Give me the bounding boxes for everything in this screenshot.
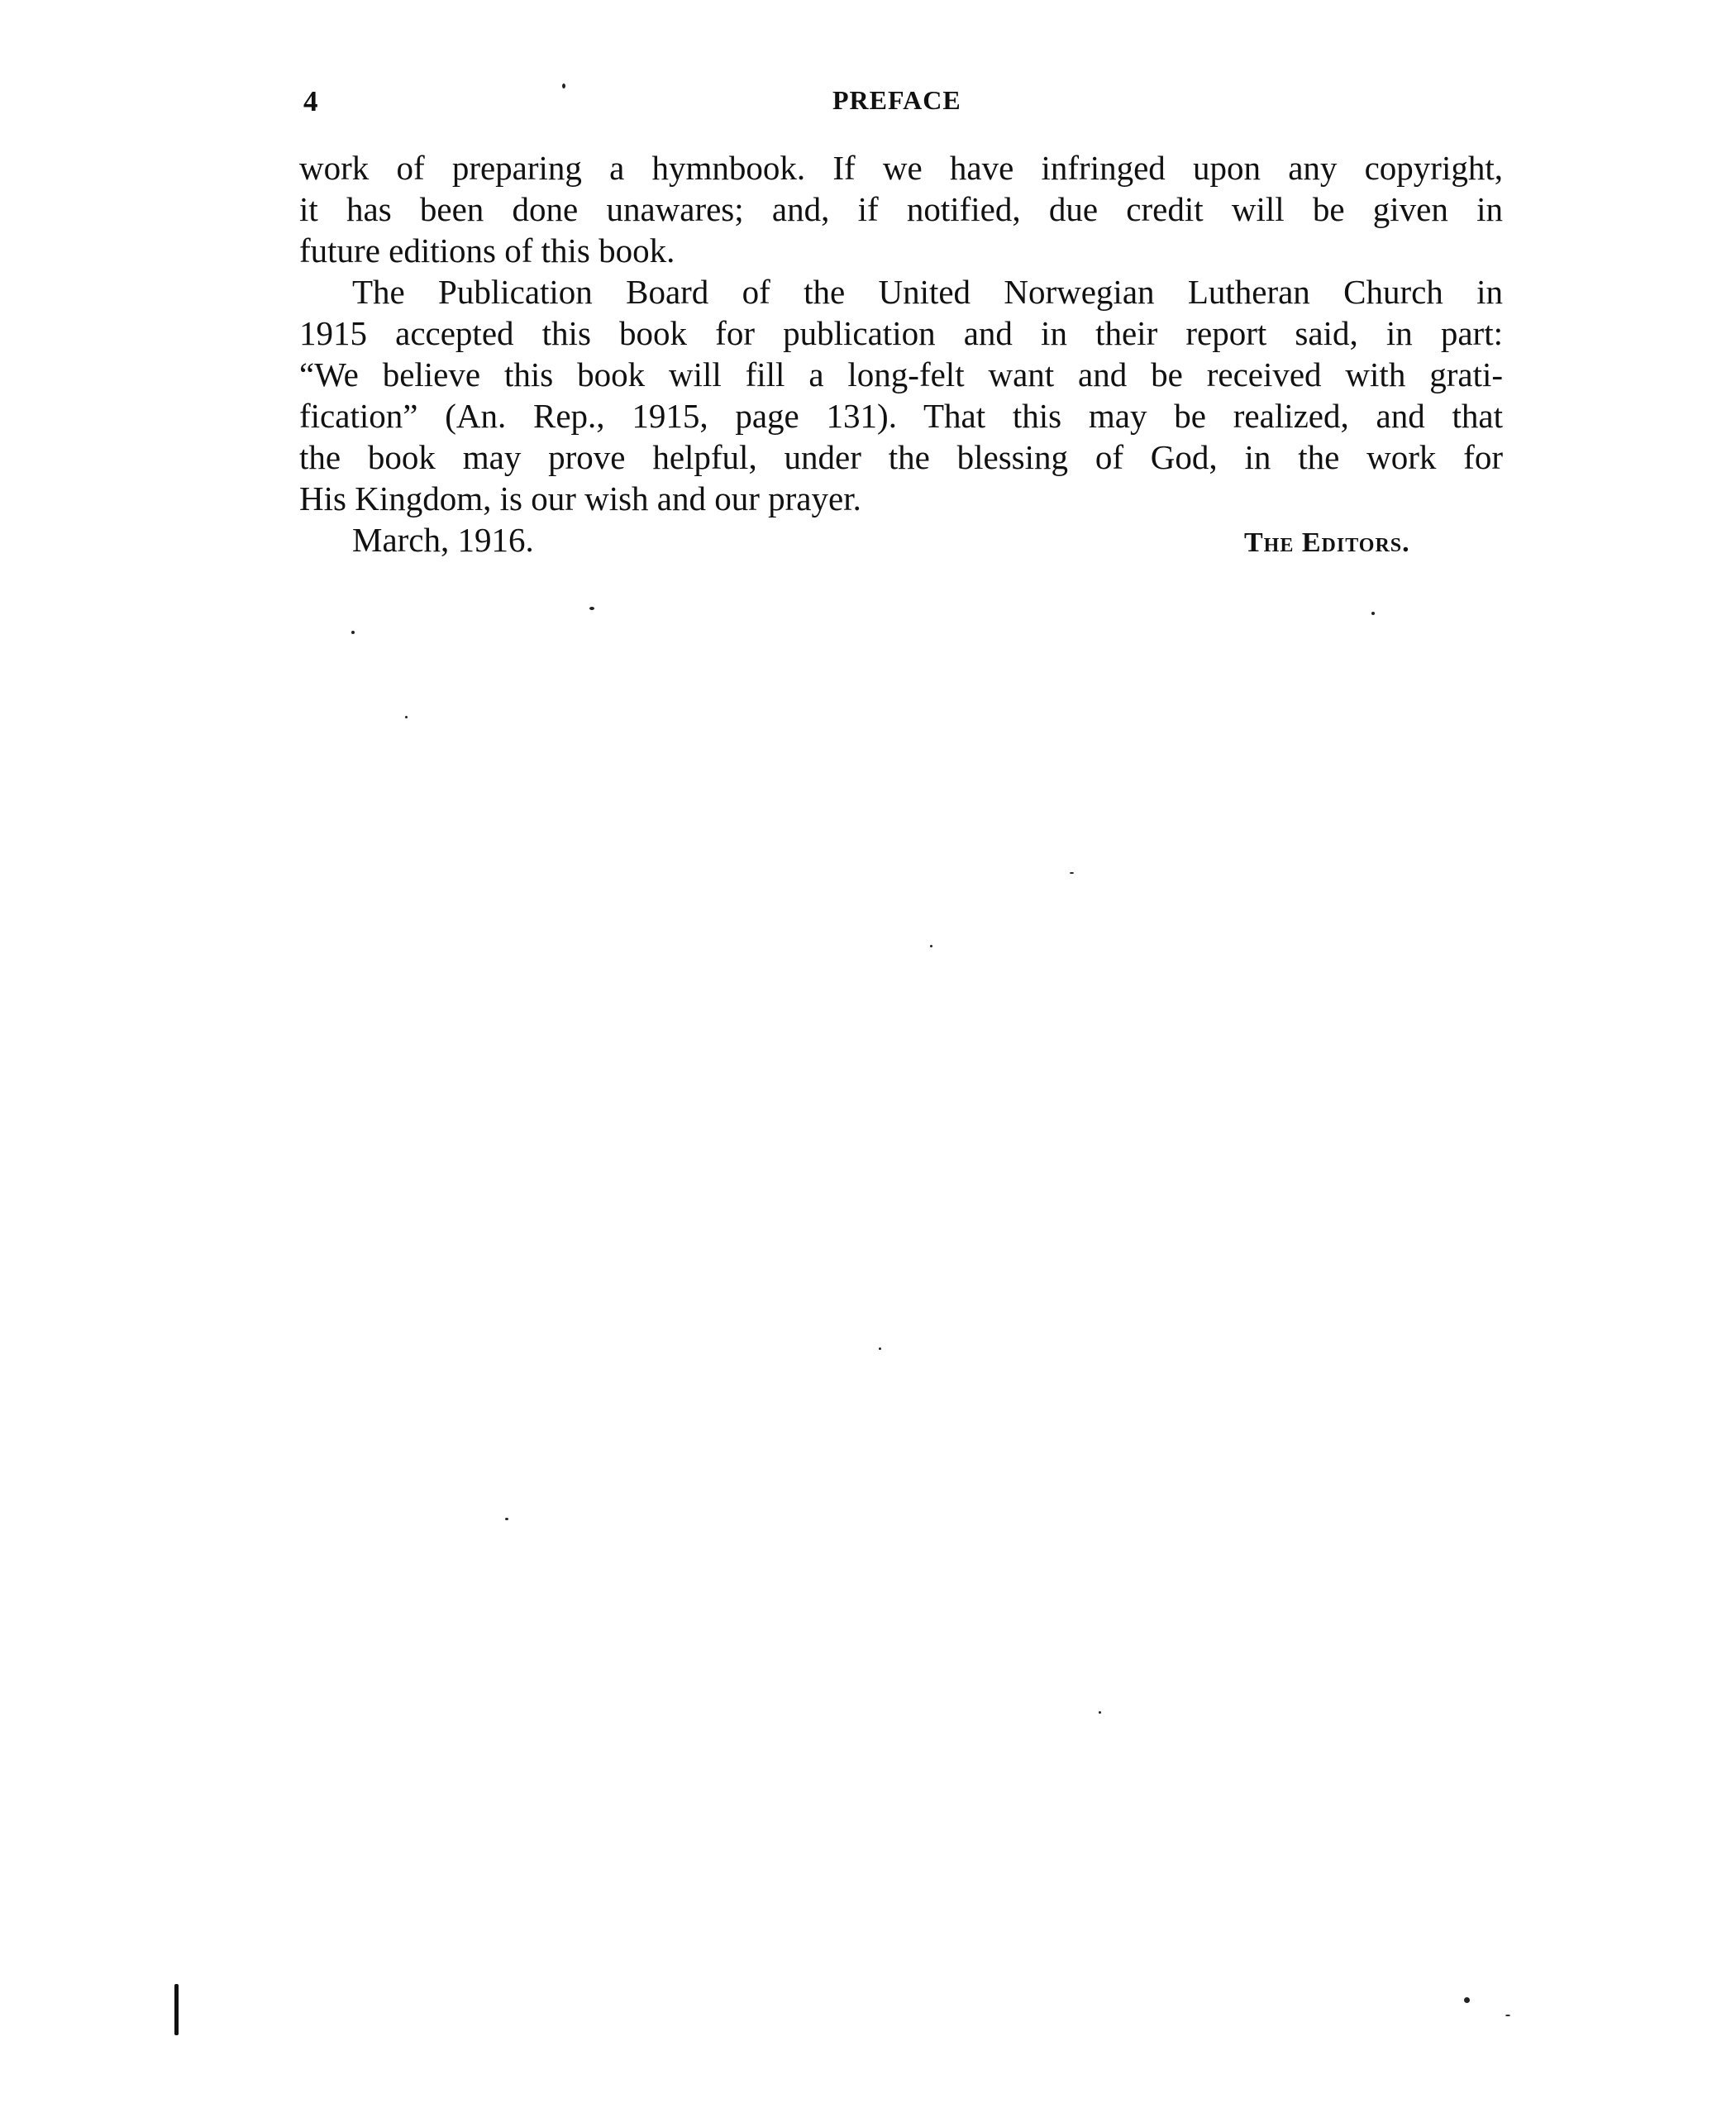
text-line: the book may prove helpful, under the bl… [299, 436, 1503, 478]
paragraph-1: work of preparing a hymnbook. If we have… [299, 147, 1503, 271]
signoff-date: March, 1916. [352, 519, 534, 560]
scan-speck [1070, 872, 1074, 874]
running-head: 4 PREFACE [303, 85, 1502, 126]
text-line: “We believe this book will fill a long-f… [299, 354, 1503, 395]
scan-speck [405, 716, 408, 718]
text-line: work of preparing a hymnbook. If we have… [299, 147, 1503, 188]
text-line: The Publication Board of the United Norw… [299, 271, 1503, 312]
scan-speck [1505, 2015, 1510, 2016]
scan-speck [879, 1347, 881, 1350]
scan-speck [1371, 612, 1375, 615]
paragraph-2: The Publication Board of the United Norw… [299, 271, 1503, 519]
text-line: it has been done unawares; and, if notif… [299, 188, 1503, 230]
scan-speck [351, 631, 355, 634]
text-line: 1915 accepted this book for publication … [299, 312, 1503, 354]
scan-speck [589, 607, 594, 610]
scan-speck [930, 945, 932, 947]
page-number: 4 [303, 85, 318, 118]
text-line: fication” (An. Rep., 1915, page 131). Th… [299, 395, 1503, 436]
body-text: work of preparing a hymnbook. If we have… [299, 147, 1503, 560]
margin-scan-mark [174, 1984, 179, 2035]
signoff: March, 1916. The Editors. [299, 519, 1503, 560]
scan-speck [1099, 1711, 1101, 1714]
scan-speck [1464, 1997, 1470, 2003]
text-line: future editions of this book. [299, 230, 1503, 271]
running-title: PREFACE [832, 85, 961, 116]
document-page: 4 PREFACE work of preparing a hymnbook. … [0, 0, 1736, 2108]
scan-speck [562, 83, 565, 88]
signoff-signature: The Editors. [1244, 522, 1410, 564]
text-line: His Kingdom, is our wish and our prayer. [299, 478, 1503, 519]
scan-speck [505, 1518, 508, 1520]
